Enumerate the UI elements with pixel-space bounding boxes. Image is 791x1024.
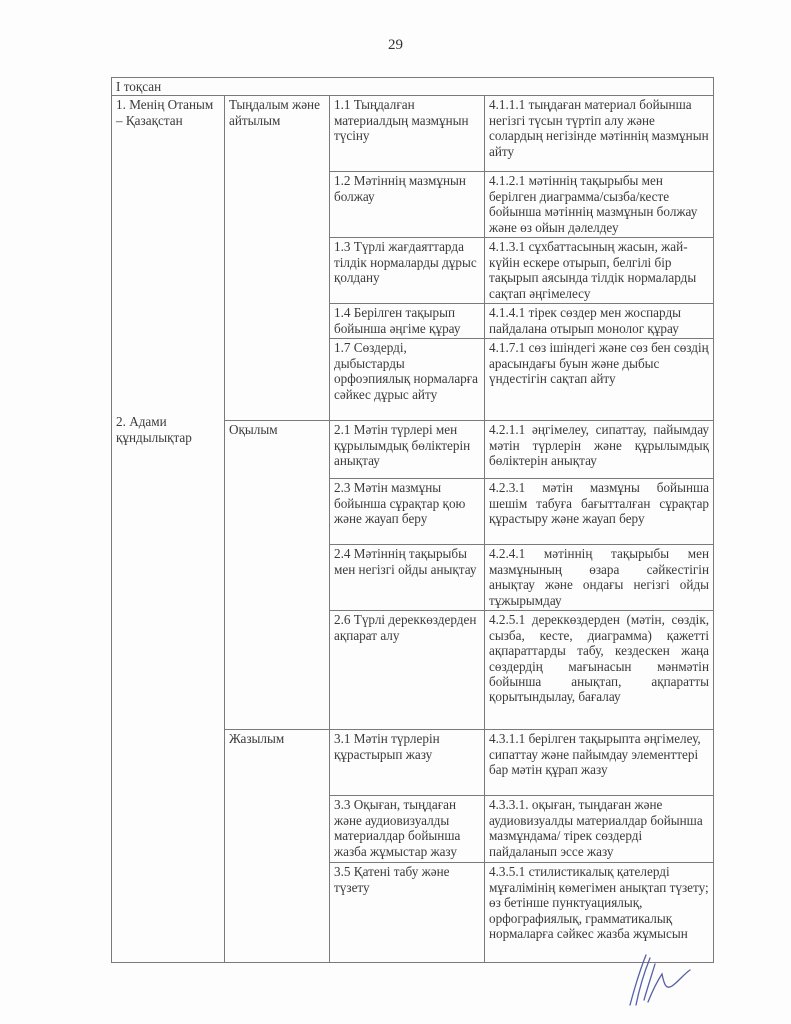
objective: 3.5 Қатені табу және түзету xyxy=(330,863,485,963)
objective: 2.3 Мәтін мазмұны бойынша сұрақтар қою ж… xyxy=(330,479,485,545)
objective: 1.7 Сөздерді, дыбыстарды орфоэпиялық нор… xyxy=(330,339,485,421)
quarter-heading: І тоқсан xyxy=(112,78,714,96)
signature-icon xyxy=(622,950,692,1010)
section-listening-speaking: Тыңдалым және айтылым xyxy=(225,96,330,421)
objective: 2.4 Мәтіннің тақырыбы мен негізгі ойды а… xyxy=(330,545,485,611)
topic-2: 2. Адами құндылықтар xyxy=(116,414,224,445)
objective: 1.3 Түрлі жағдаяттарда тілдік нормаларды… xyxy=(330,238,485,304)
outcome: 4.2.4.1 мәтіннің тақырыбы мен мазмұнының… xyxy=(485,545,714,611)
outcome: 4.1.1.1 тыңдаған материал бойынша негізг… xyxy=(485,96,714,172)
outcome: 4.2.1.1 әңгімелеу, сипаттау, пайымдау мә… xyxy=(485,421,714,479)
outcome: 4.2.3.1 мәтін мазмұны бойынша шешім табу… xyxy=(485,479,714,545)
section-reading: Оқылым xyxy=(225,421,330,730)
objective: 2.6 Түрлі дереккөздерден ақпарат алу xyxy=(330,611,485,730)
outcome: 4.3.5.1 стилистикалық қателерді мұғалімі… xyxy=(485,863,714,963)
section-writing: Жазылым xyxy=(225,730,330,963)
table-row: 1. Менің Отаным – Қазақстан 2. Адами құн… xyxy=(112,96,714,172)
objective: 2.1 Мәтін түрлері мен құрылымдық бөлікте… xyxy=(330,421,485,479)
objective: 3.3 Оқыған, тыңдаған және аудиовизуалды … xyxy=(330,796,485,863)
objective: 1.2 Мәтіннің мазмұнын болжау xyxy=(330,172,485,238)
outcome: 4.1.7.1 сөз ішіндегі және сөз бен сөздің… xyxy=(485,339,714,421)
topic-cell: 1. Менің Отаным – Қазақстан 2. Адами құн… xyxy=(112,96,225,421)
topic-cell-continued xyxy=(112,421,225,963)
objective: 3.1 Мәтін түрлерін құрастырып жазу xyxy=(330,730,485,796)
page-number: 29 xyxy=(0,37,791,54)
outcome: 4.1.4.1 тірек сөздер мен жоспарды пайдал… xyxy=(485,304,714,339)
quarter-row: І тоқсан xyxy=(112,78,714,96)
objective: 1.4 Берілген тақырып бойынша әңгіме құра… xyxy=(330,304,485,339)
outcome: 4.1.3.1 сұхбаттасының жасын, жай-күйін е… xyxy=(485,238,714,304)
outcome: 4.3.3.1. оқыған, тыңдаған және аудиовизу… xyxy=(485,796,714,863)
objective: 1.1 Тыңдалған материалдың мазмұнын түсін… xyxy=(330,96,485,172)
outcome: 4.1.2.1 мәтіннің тақырыбы мен берілген д… xyxy=(485,172,714,238)
outcome: 4.3.1.1 берілген тақырыпта әңгімелеу, си… xyxy=(485,730,714,796)
outcome: 4.2.5.1 дереккөздерден (мәтін, сөздік, с… xyxy=(485,611,714,730)
topic-1: 1. Менің Отаным – Қазақстан xyxy=(116,97,220,128)
curriculum-table: І тоқсан 1. Менің Отаным – Қазақстан 2. … xyxy=(111,77,714,963)
